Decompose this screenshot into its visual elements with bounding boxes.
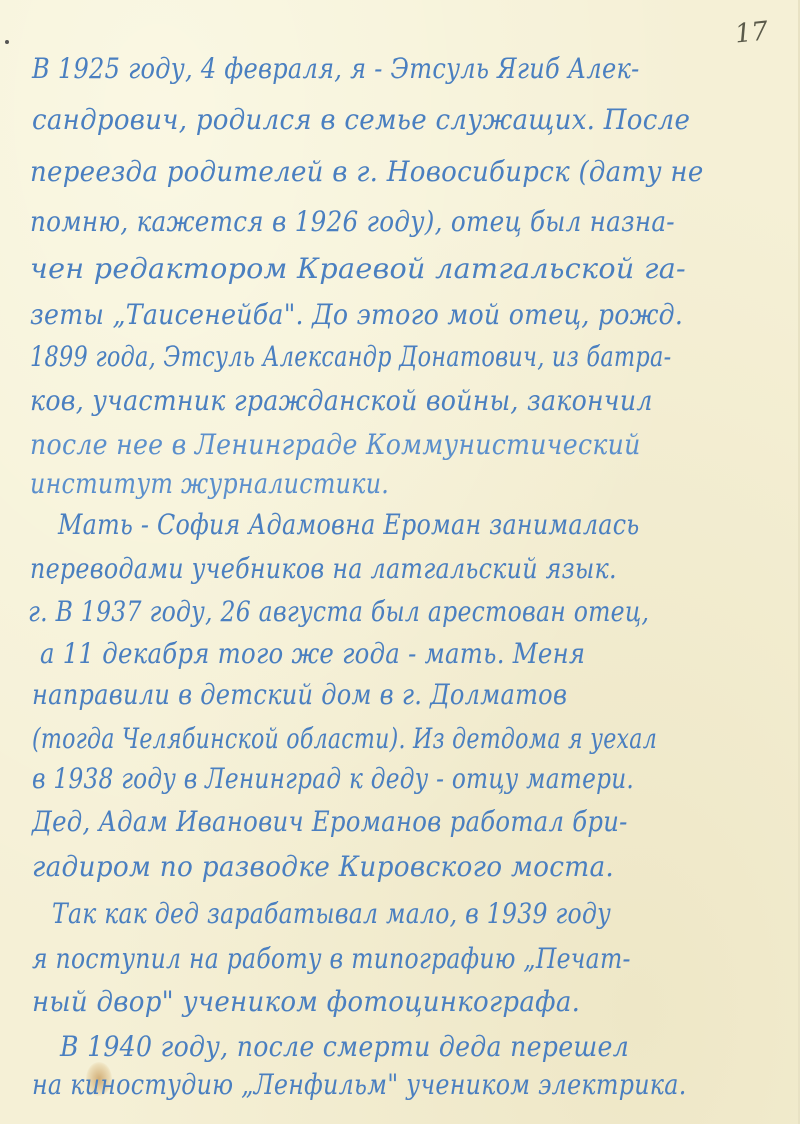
text-line: институт журналистики. — [30, 467, 389, 500]
text-line: ный двор" учеником фотоцинкографа. — [32, 985, 580, 1018]
text-line: гадиром по разводке Кировского моста. — [32, 850, 614, 883]
text-line: а 11 декабря того же года - мать. Меня — [40, 637, 585, 670]
text-line: после нее в Ленинграде Коммунистический — [30, 428, 641, 461]
text-line: Мать - София Адамовна Ероман занималась — [58, 508, 640, 541]
text-line: г. В 1937 году, 26 августа был арестован… — [28, 595, 649, 628]
text-line: направили в детский дом в г. Долматов — [32, 678, 567, 711]
text-line: Так как дед зарабатывал мало, в 1939 год… — [52, 897, 611, 930]
text-line: Дед, Адам Иванович Ероманов работал бри- — [32, 805, 628, 838]
text-line: сандрович, родился в семье служащих. Пос… — [32, 103, 690, 136]
text-line: на киностудию „Ленфильм" учеником электр… — [32, 1068, 687, 1101]
text-line: я поступил на работу в типографию „Печат… — [32, 942, 631, 975]
text-line: помню, кажется в 1926 году), отец был на… — [30, 205, 675, 238]
paper-mark — [5, 40, 9, 44]
document-page: 17 В 1925 году, 4 февраля, я - Этсуль Яг… — [0, 0, 800, 1124]
text-line: в 1938 году в Ленинград к деду - отцу ма… — [32, 762, 634, 795]
text-line: переезда родителей в г. Новосибирск (дат… — [30, 155, 704, 188]
text-line: В 1925 году, 4 февраля, я - Этсуль Ягиб … — [32, 52, 640, 85]
text-line: зеты „Таисенейба". До этого мой отец, ро… — [30, 298, 683, 331]
text-line: чен редактором Краевой латгальской га- — [30, 252, 686, 285]
text-line: ков, участник гражданской войны, закончи… — [30, 384, 653, 417]
text-line: В 1940 году, после смерти деда перешел — [60, 1030, 629, 1063]
text-line: 1899 года, Этсуль Александр Донатович, и… — [30, 340, 671, 373]
page-number: 17 — [734, 16, 770, 49]
text-line: (тогда Челябинской области). Из детдома … — [32, 722, 657, 755]
text-line: переводами учебников на латгальский язык… — [30, 552, 617, 585]
